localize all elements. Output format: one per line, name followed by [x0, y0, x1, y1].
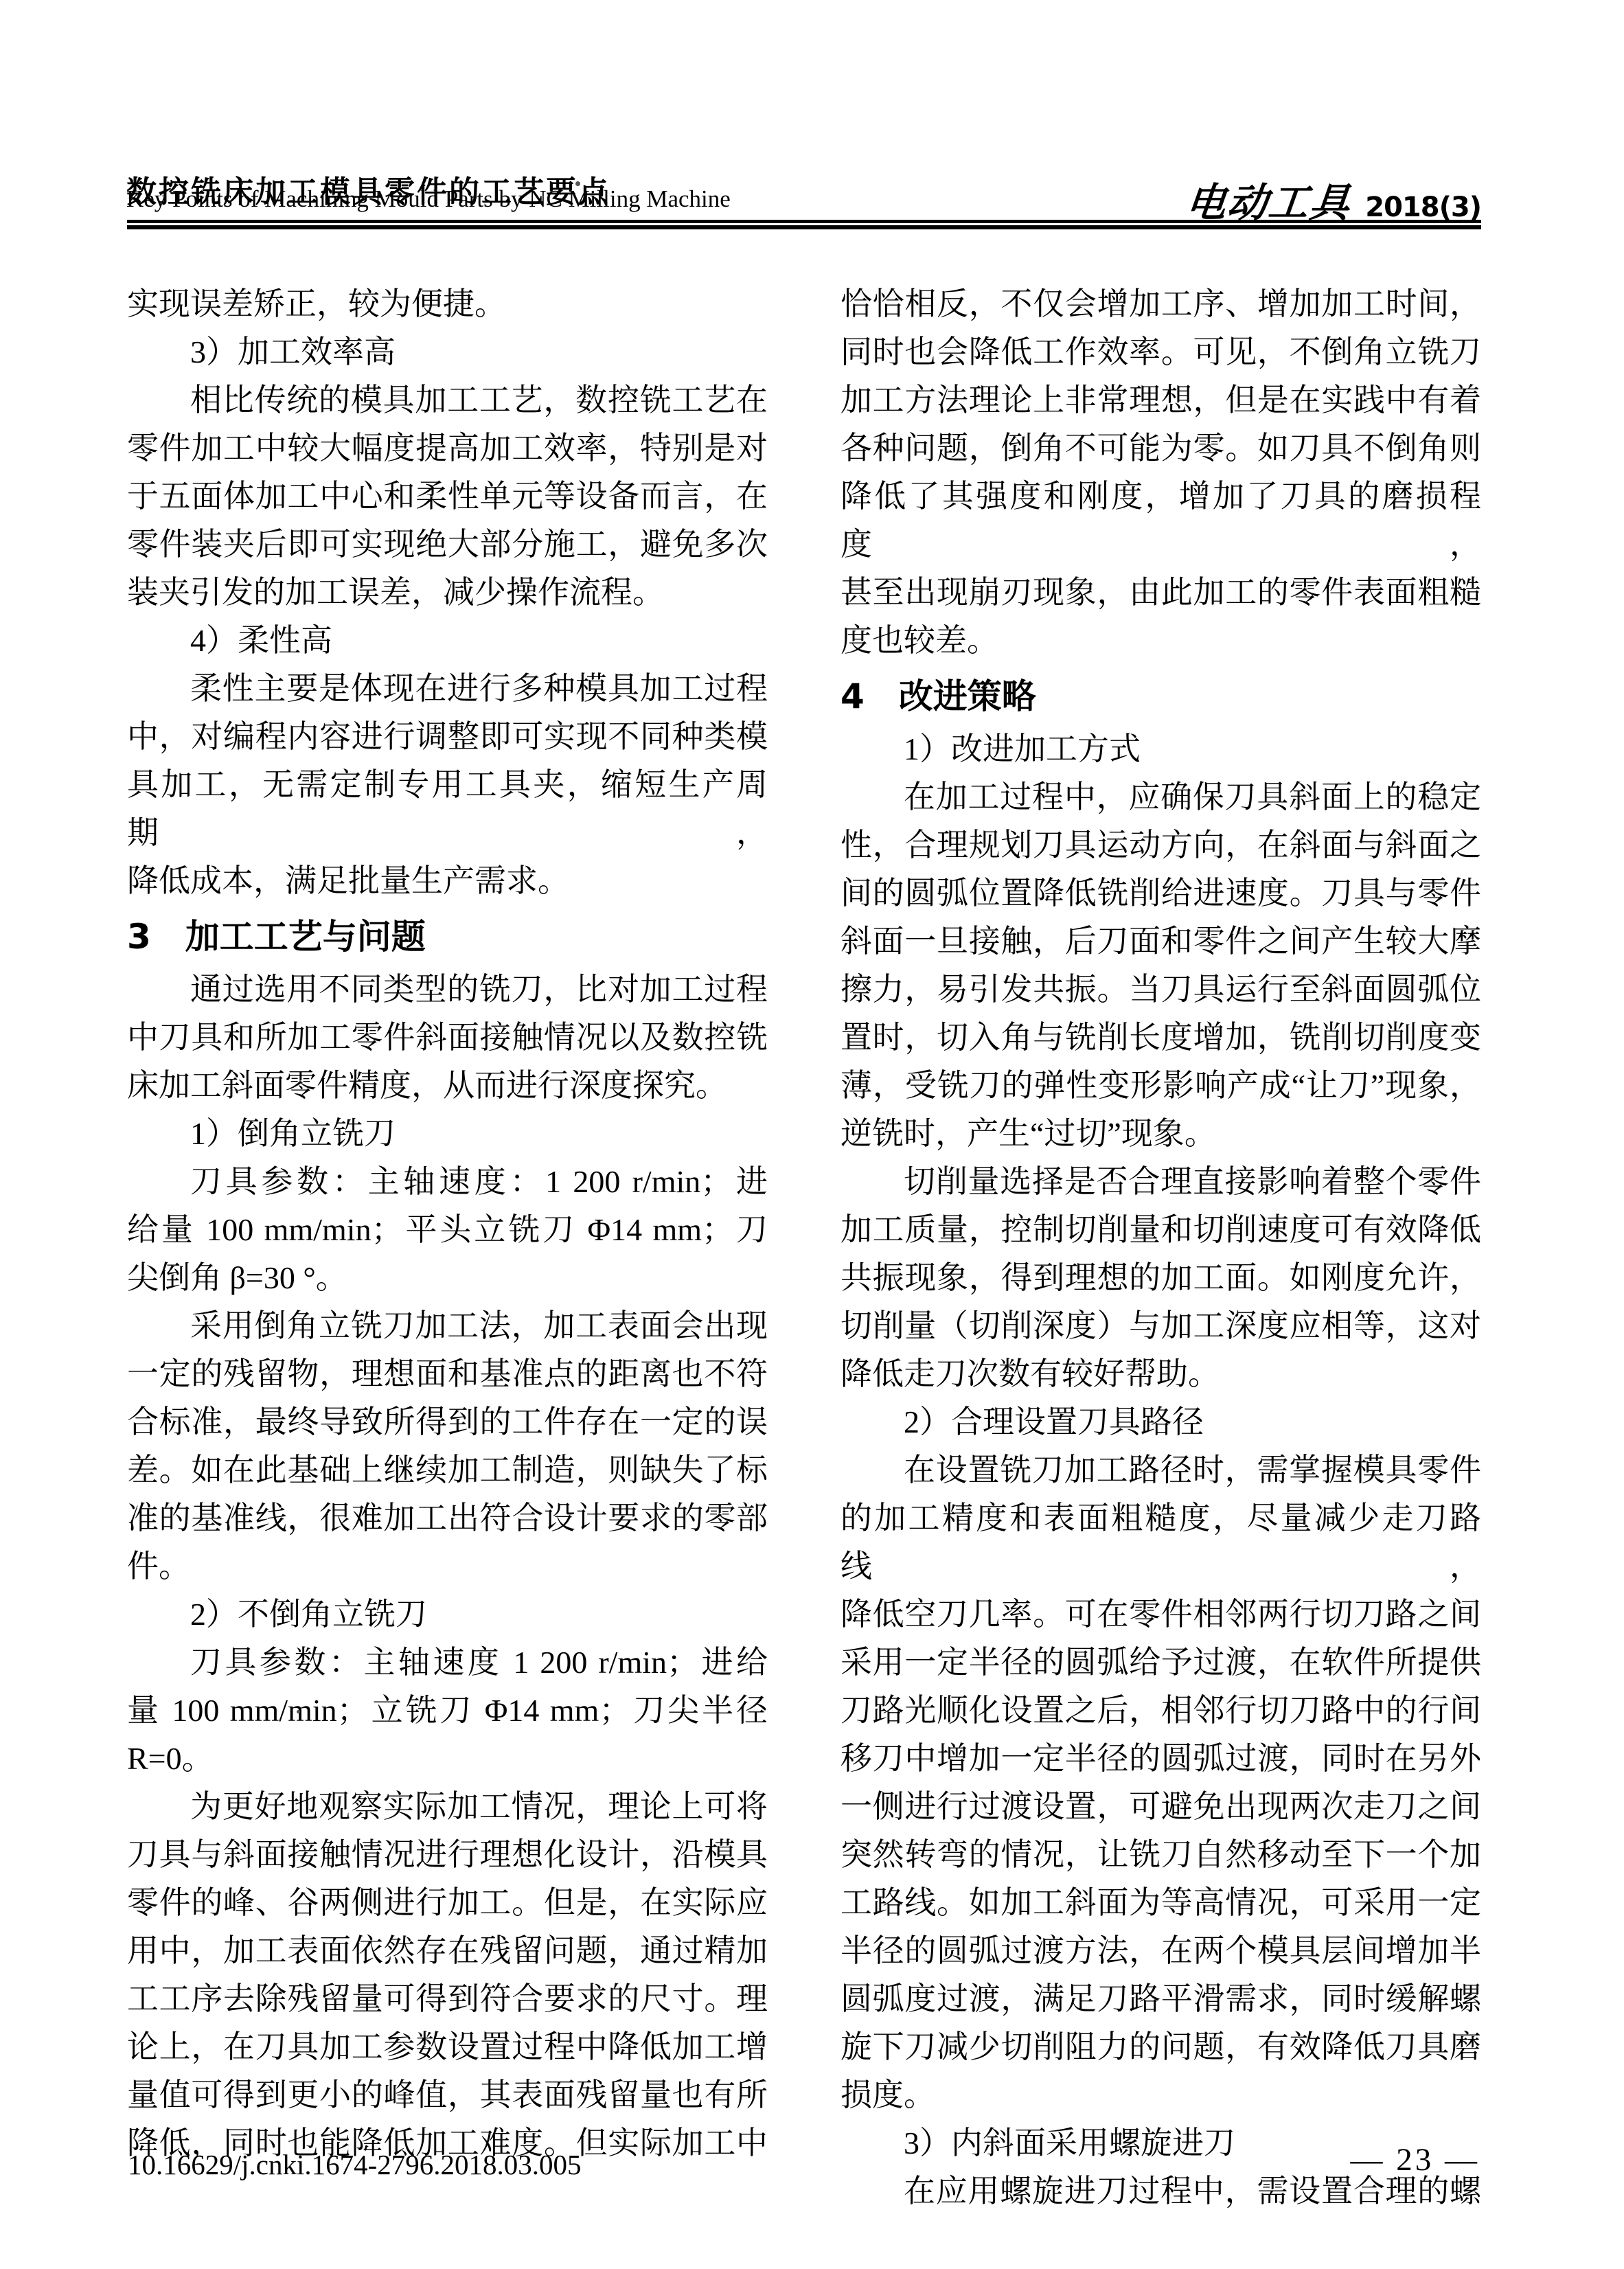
text-line: 损度。: [840, 2071, 1481, 2119]
text-line: 移刀中增加一定半径的圆弧过渡，同时在另外: [840, 1735, 1481, 1783]
text-line: 各种问题，倒角不可能为零。如刀具不倒角则: [840, 424, 1481, 472]
text-line: 加工质量，控制切削量和切削速度可有效降低: [840, 1206, 1481, 1254]
text-line: 同时也会降低工作效率。可见，不倒角立铣刀: [840, 328, 1481, 376]
text-line: 斜面一旦接触，后刀面和零件之间产生较大摩: [840, 917, 1481, 966]
text-line: 通过选用不同类型的铣刀，比对加工过程: [127, 966, 768, 1014]
text-line: 采用一定半径的圆弧给予过渡，在软件所提供: [840, 1639, 1481, 1687]
text-line: 采用倒角立铣刀加工法，加工表面会出现: [127, 1302, 768, 1350]
right-column: 恰恰相反，不仅会增加工序、增加加工时间，同时也会降低工作效率。可见，不倒角立铣刀…: [840, 280, 1481, 2215]
text-line: R=0。: [127, 1735, 768, 1783]
text-line: 度也较差。: [840, 617, 1481, 665]
text-line: 工路线。如加工斜面为等高情况，可采用一定: [840, 1879, 1481, 1927]
text-line: 一定的残留物，理想面和基准点的距离也不符: [127, 1350, 768, 1398]
text-line: 量值可得到更小的峰值，其表面残留量也有所: [127, 2071, 768, 2119]
article-title-en: Key Points of Machining Mould Parts by N…: [126, 185, 731, 213]
sub-heading: 4）柔性高: [127, 617, 768, 665]
text-line: 刀具参数：主轴速度 1 200 r/min；进给: [127, 1639, 768, 1687]
text-line: 刀具参数：主轴速度：1 200 r/min；进: [127, 1158, 768, 1206]
text-line: 逆铣时，产生“过切”现象。: [840, 1110, 1481, 1158]
text-line: 工工序去除残留量可得到符合要求的尺寸。理: [127, 1975, 768, 2023]
text-line: 突然转弯的情况，让铣刀自然移动至下一个加: [840, 1831, 1481, 1879]
doi: 10.16629/j.cnki.1674-2796.2018.03.005: [128, 2148, 582, 2181]
journal-page: 数控铣床加工模具零件的工艺要点 Key Points of Machining …: [0, 0, 1624, 2269]
text-line: 降低走刀次数有较好帮助。: [840, 1350, 1481, 1398]
text-line: 刀路光顺化设置之后，相邻行切刀路中的行间: [840, 1687, 1481, 1735]
text-line: 零件装夹后即可实现绝大部分施工，避免多次: [127, 521, 768, 569]
text-line: 性，合理规划刀具运动方向，在斜面与斜面之: [840, 821, 1481, 869]
text-line: 一侧进行过渡设置，可避免出现两次走刀之间: [840, 1783, 1481, 1831]
text-line: 件。: [127, 1542, 768, 1590]
page-number: — 23 —: [1351, 2141, 1480, 2178]
text-line: 装夹引发的加工误差，减少操作流程。: [127, 569, 768, 617]
text-line: 量 100 mm/min；立铣刀 Φ14 mm；刀尖半径: [127, 1687, 768, 1735]
text-line: 降低了其强度和刚度，增加了刀具的磨损程度，: [840, 472, 1481, 569]
text-line: 间的圆弧位置降低铣削给进速度。刀具与零件: [840, 869, 1481, 917]
text-line: 给量 100 mm/min；平头立铣刀 Φ14 mm；刀: [127, 1206, 768, 1254]
text-line: 置时，切入角与铣削长度增加，铣削切削度变: [840, 1014, 1481, 1062]
text-line: 用中，加工表面依然存在残留问题，通过精加: [127, 1927, 768, 1975]
section-heading: 4 改进策略: [840, 669, 1481, 724]
text-line: 差。如在此基础上继续加工制造，则缺失了标: [127, 1446, 768, 1494]
header-rule: [127, 220, 1481, 229]
text-line: 零件的峰、谷两侧进行加工。但是，在实际应: [127, 1879, 768, 1927]
section-heading: 3 加工工艺与问题: [127, 909, 768, 964]
text-line: 圆弧度过渡，满足刀路平滑需求，同时缓解螺: [840, 1975, 1481, 2023]
scan-artifact-dot: [575, 181, 580, 186]
text-line: 恰恰相反，不仅会增加工序、增加加工时间，: [840, 280, 1481, 328]
text-line: 降低成本，满足批量生产需求。: [127, 857, 768, 905]
text-line: 床加工斜面零件精度，从而进行深度探究。: [127, 1062, 768, 1110]
text-line: 共振现象，得到理想的加工面。如刚度允许，: [840, 1254, 1481, 1302]
sub-heading: 2）合理设置刀具路径: [840, 1398, 1481, 1446]
text-line: 中，对编程内容进行调整即可实现不同种类模: [127, 713, 768, 761]
sub-heading: 1）倒角立铣刀: [127, 1110, 768, 1158]
text-line: 擦力，易引发共振。当刀具运行至斜面圆弧位: [840, 966, 1481, 1014]
sub-heading: 3）加工效率高: [127, 328, 768, 376]
text-line: 切削量（切削深度）与加工深度应相等，这对: [840, 1302, 1481, 1350]
text-line: 零件加工中较大幅度提高加工效率，特别是对: [127, 424, 768, 472]
text-line: 切削量选择是否合理直接影响着整个零件: [840, 1158, 1481, 1206]
text-line: 于五面体加工中心和柔性单元等设备而言，在: [127, 472, 768, 521]
text-line: 准的基准线，很难加工出符合设计要求的零部: [127, 1494, 768, 1542]
scan-artifact-dot: [297, 1710, 300, 1713]
sub-heading: 1）改进加工方式: [840, 725, 1481, 773]
text-line: 相比传统的模具加工工艺，数控铣工艺在: [127, 376, 768, 424]
text-line: 半径的圆弧过渡方法，在两个模具层间增加半: [840, 1927, 1481, 1975]
text-line: 合标准，最终导致所得到的工件存在一定的误: [127, 1398, 768, 1446]
text-line: 尖倒角 β=30 °。: [127, 1254, 768, 1302]
text-line: 在加工过程中，应确保刀具斜面上的稳定: [840, 773, 1481, 821]
sub-heading: 2）不倒角立铣刀: [127, 1590, 768, 1639]
text-line: 的加工精度和表面粗糙度，尽量减少走刀路线，: [840, 1494, 1481, 1590]
text-line: 论上，在刀具加工参数设置过程中降低加工增: [127, 2023, 768, 2071]
text-line: 在设置铣刀加工路径时，需掌握模具零件: [840, 1446, 1481, 1494]
text-line: 具加工，无需定制专用工具夹，缩短生产周期，: [127, 761, 768, 857]
text-line: 为更好地观察实际加工情况，理论上可将: [127, 1783, 768, 1831]
text-line: 中刀具和所加工零件斜面接触情况以及数控铣: [127, 1014, 768, 1062]
text-line: 加工方法理论上非常理想，但是在实践中有着: [840, 376, 1481, 424]
text-line: 降低空刀几率。可在零件相邻两行切刀路之间: [840, 1590, 1481, 1639]
left-column: 实现误差矫正，较为便捷。3）加工效率高相比传统的模具加工工艺，数控铣工艺在零件加…: [127, 280, 768, 2167]
text-line: 实现误差矫正，较为便捷。: [127, 280, 768, 328]
text-line: 刀具与斜面接触情况进行理想化设计，沿模具: [127, 1831, 768, 1879]
text-line: 旋下刀减少切削阻力的问题，有效降低刀具磨: [840, 2023, 1481, 2071]
text-line: 薄，受铣刀的弹性变形影响产成“让刀”现象，: [840, 1062, 1481, 1110]
text-line: 柔性主要是体现在进行多种模具加工过程: [127, 665, 768, 713]
journal-issue: 2018(3): [1365, 192, 1481, 223]
text-line: 甚至出现崩刃现象，由此加工的零件表面粗糙: [840, 569, 1481, 617]
